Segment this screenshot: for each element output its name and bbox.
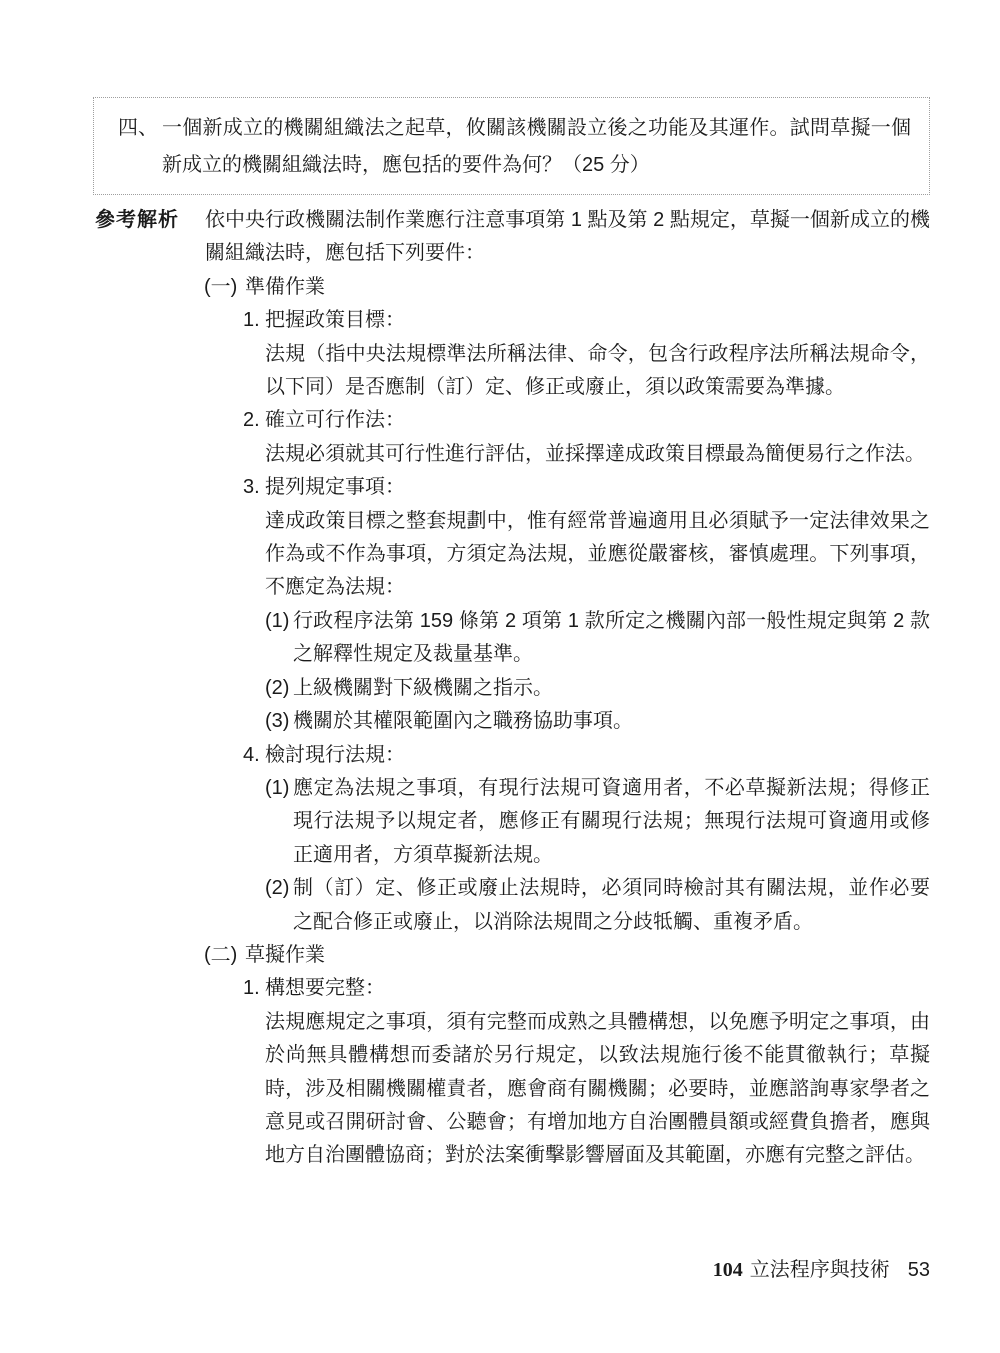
subitem-text: 應定為法規之事項，有現行法規可資適用者，不必草擬新法規；得修正現行法規予以規定者… (293, 772, 930, 872)
item-content: 確立可行作法： 法規必須就其可行性進行評估，並採擇達成政策目標最為簡便易行之作法… (265, 404, 930, 471)
subitem-text: 機關於其權限範圍內之職務協助事項。 (293, 705, 930, 738)
item-body: 法規應規定之事項，須有完整而成熟之具體構想，以免應予明定之事項，由於尚無具體構想… (265, 1006, 930, 1173)
section-preparation: (一) 準備作業 1. 把握政策目標： 法規（指中央法規標準法所稱法律、命令，包… (204, 271, 930, 939)
outline-item: 1. 構想要完整： 法規應規定之事項，須有完整而成熟之具體構想，以免應予明定之事… (243, 972, 930, 1172)
item-body: 法規必須就其可行性進行評估，並採擇達成政策目標最為簡便易行之作法。 (265, 438, 930, 471)
item-title: 確立可行作法： (265, 404, 930, 437)
item-content: 把握政策目標： 法規（指中央法規標準法所稱法律、命令，包含行政程序法所稱法規命令… (265, 304, 930, 404)
footer-book-title: 立法程序與技術 (750, 1259, 890, 1281)
outline: (一) 準備作業 1. 把握政策目標： 法規（指中央法規標準法所稱法律、命令，包… (204, 271, 930, 1173)
outline-subitem: (2) 上級機關對下級機關之指示。 (265, 672, 930, 705)
subitem-number: (1) (265, 605, 293, 672)
analysis-intro: 依中央行政機關法制作業應行注意事項第 1 點及第 2 點規定，草擬一個新成立的機… (205, 204, 930, 271)
subitem-text: 行政程序法第 159 條第 2 項第 1 款所定之機關內部一般性規定與第 2 款… (293, 605, 930, 672)
item-number: 2. (243, 404, 265, 471)
outline-item: 2. 確立可行作法： 法規必須就其可行性進行評估，並採擇達成政策目標最為簡便易行… (243, 404, 930, 471)
question-number: 四、 (118, 110, 162, 184)
section-items: 1. 構想要完整： 法規應規定之事項，須有完整而成熟之具體構想，以免應予明定之事… (243, 972, 930, 1172)
section-marker: (二) (204, 939, 245, 972)
item-content: 檢討現行法規： (1) 應定為法規之事項，有現行法規可資適用者，不必草擬新法規；… (265, 739, 930, 939)
item-body: 達成政策目標之整套規劃中，惟有經常普遍適用且必須賦予一定法律效果之作為或不作為事… (265, 505, 930, 605)
footer-page-number: 53 (908, 1259, 930, 1281)
item-content: 提列規定事項： 達成政策目標之整套規劃中，惟有經常普遍適用且必須賦予一定法律效果… (265, 471, 930, 738)
outline-subitem: (3) 機關於其權限範圍內之職務協助事項。 (265, 705, 930, 738)
item-number: 4. (243, 739, 265, 939)
page-footer: 104立法程序與技術53 (713, 1256, 930, 1284)
analysis-row: 參考解析 依中央行政機關法制作業應行注意事項第 1 點及第 2 點規定，草擬一個… (95, 204, 930, 271)
section-heading: (二) 草擬作業 (204, 939, 930, 972)
subitem-number: (2) (265, 672, 293, 705)
footer-volume: 104 (713, 1259, 743, 1281)
item-content: 構想要完整： 法規應規定之事項，須有完整而成熟之具體構想，以免應予明定之事項，由… (265, 972, 930, 1172)
book-page: 四、 一個新成立的機關組織法之起草，攸關該機關設立後之功能及其運作。試問草擬一個… (0, 0, 1000, 1353)
outline-subitem: (1) 行政程序法第 159 條第 2 項第 1 款所定之機關內部一般性規定與第… (265, 605, 930, 672)
section-items: 1. 把握政策目標： 法規（指中央法規標準法所稱法律、命令，包含行政程序法所稱法… (243, 304, 930, 939)
outline-item: 1. 把握政策目標： 法規（指中央法規標準法所稱法律、命令，包含行政程序法所稱法… (243, 304, 930, 404)
subitem-number: (3) (265, 705, 293, 738)
subitem-text: 上級機關對下級機關之指示。 (293, 672, 930, 705)
section-drafting: (二) 草擬作業 1. 構想要完整： 法規應規定之事項，須有完整而成熟之具體構想… (204, 939, 930, 1173)
section-title: 準備作業 (245, 271, 930, 304)
item-title: 檢討現行法規： (265, 739, 930, 772)
item-number: 1. (243, 972, 265, 1172)
item-number: 3. (243, 471, 265, 738)
question-text: 一個新成立的機關組織法之起草，攸關該機關設立後之功能及其運作。試問草擬一個新成立… (162, 110, 911, 184)
item-title: 構想要完整： (265, 972, 930, 1005)
subitem-number: (1) (265, 772, 293, 872)
item-title: 把握政策目標： (265, 304, 930, 337)
outline-subitem: (2) 制（訂）定、修正或廢止法規時，必須同時檢討其有關法規，並作必要之配合修正… (265, 872, 930, 939)
analysis-label: 參考解析 (95, 204, 205, 271)
section-heading: (一) 準備作業 (204, 271, 930, 304)
outline-item: 4. 檢討現行法規： (1) 應定為法規之事項，有現行法規可資適用者，不必草擬新… (243, 739, 930, 939)
subitem-text: 制（訂）定、修正或廢止法規時，必須同時檢討其有關法規，並作必要之配合修正或廢止，… (293, 872, 930, 939)
subitem-number: (2) (265, 872, 293, 939)
question-box: 四、 一個新成立的機關組織法之起草，攸關該機關設立後之功能及其運作。試問草擬一個… (93, 97, 930, 195)
item-title: 提列規定事項： (265, 471, 930, 504)
item-number: 1. (243, 304, 265, 404)
section-marker: (一) (204, 271, 245, 304)
item-body: 法規（指中央法規標準法所稱法律、命令，包含行政程序法所稱法規命令，以下同）是否應… (265, 338, 930, 405)
section-title: 草擬作業 (245, 939, 930, 972)
outline-item: 3. 提列規定事項： 達成政策目標之整套規劃中，惟有經常普遍適用且必須賦予一定法… (243, 471, 930, 738)
outline-subitem: (1) 應定為法規之事項，有現行法規可資適用者，不必草擬新法規；得修正現行法規予… (265, 772, 930, 872)
